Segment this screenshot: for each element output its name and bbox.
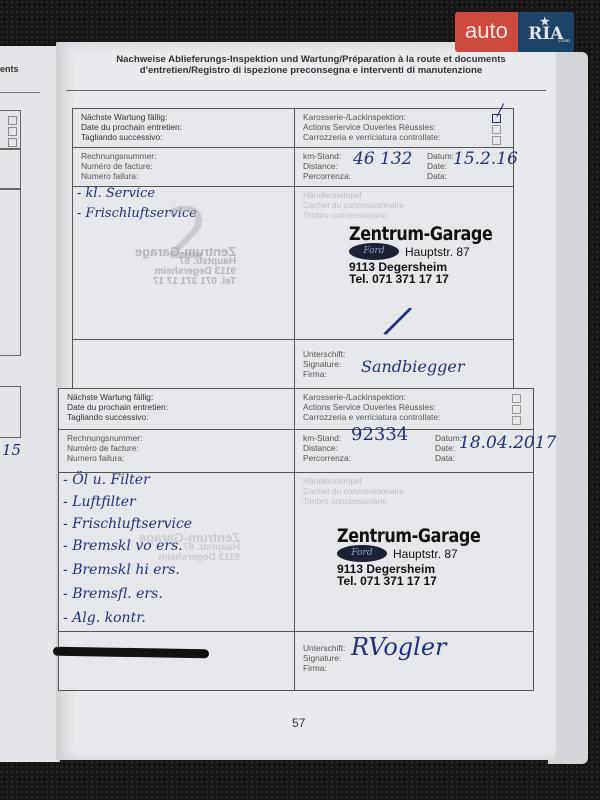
divider (0, 92, 40, 93)
work-item: - Luftfilter (63, 497, 136, 507)
checkbox (8, 127, 17, 136)
service-entry-1: Nächste Wartung fällig: Date du prochain… (72, 108, 514, 391)
mileage-value: 46 132 (353, 154, 412, 164)
work-item: - Bremsfl. ers. (63, 589, 163, 599)
left-page-box (0, 188, 21, 356)
signature-cell: Unterschift: Signature: Firma: RVogler (295, 632, 533, 690)
service-record-page: Nachweise Ablieferungs-Inspektion und Wa… (56, 42, 556, 760)
mirrored-stamp-imprint: Zentrum-Garage Hauptstr. 87 9113 Degersh… (135, 247, 236, 287)
dealer-stamp: Zentrum-Garage FordHauptstr. 87 9113 Deg… (337, 531, 480, 586)
redaction-scribble (53, 647, 209, 659)
body-inspection-labels: Karosserie-/Lackinspektion: Actions Serv… (295, 389, 533, 429)
next-service-labels: Nächste Wartung fällig: Date du prochain… (73, 109, 295, 147)
invoice-labels: Rechnungsnummer: Numéro de facture: Nume… (73, 148, 295, 186)
page-number: 57 (292, 716, 305, 730)
empty-cell (73, 340, 295, 390)
left-page-box (0, 386, 21, 438)
handwritten-fragment: 15 (2, 441, 21, 459)
mileage-date-cell: km-Stand: Distance: Percorrenza: Datum: … (295, 148, 513, 186)
body-inspection-labels: Karosserie-/Lackinspektion: Actions Serv… (295, 109, 513, 147)
redacted-cell (59, 632, 295, 690)
work-item: - Öl u. Filter (63, 475, 150, 485)
work-item: - kl. Service (77, 189, 155, 199)
checkbox (512, 416, 521, 425)
next-service-labels: Nächste Wartung fällig: Date du prochain… (59, 389, 295, 429)
signature: RVogler (351, 642, 447, 652)
ghost-digit: 2 (165, 229, 210, 239)
left-page: ents 15 (0, 46, 60, 762)
dealer-stamp-cell: Händlerstempel Cachet du concessionnaire… (295, 473, 533, 631)
checkbox (492, 125, 501, 134)
autoria-watermark-logo: auto ★ RIA .com (455, 12, 574, 52)
checkbox (512, 394, 521, 403)
mileage-date-cell: km-Stand: Distance: Percorrenza: Datum: … (295, 430, 533, 472)
signature-cell: Unterschift: Signature: Firma: Sandbiegg… (295, 340, 513, 390)
checkbox (8, 138, 17, 147)
work-item: - Frischluftservice (63, 519, 192, 529)
logo-ria-text: ★ RIA .com (518, 12, 574, 52)
left-page-box (0, 148, 21, 190)
service-entry-2: Nächste Wartung fällig: Date du prochain… (58, 388, 534, 691)
ford-logo-icon: Ford (349, 243, 399, 260)
checkbox (512, 405, 521, 414)
mileage-value: 92334 (351, 430, 408, 440)
signature: Sandbiegger (361, 362, 464, 372)
checkmark-icon: / (498, 105, 503, 115)
left-page-title-fragment: ents (0, 64, 19, 74)
page-header: Nachweise Ablieferungs-Inspektion und Wa… (86, 54, 536, 76)
invoice-labels: Rechnungsnummer: Numéro de facture: Nume… (59, 430, 295, 472)
work-item: - Bremskl hi ers. (63, 565, 180, 575)
work-item: - Alg. kontr. (63, 613, 146, 623)
logo-auto-text: auto (455, 12, 518, 52)
work-items-cell: - kl. Service - Frischluftservice 2 Zent… (73, 187, 295, 339)
checkbox (8, 116, 17, 125)
ford-logo-icon: Ford (337, 545, 387, 562)
dealer-stamp: Zentrum-Garage FordHauptstr. 87 9113 Deg… (349, 229, 492, 284)
date-value: 15.2.16 (453, 154, 518, 164)
work-item: - Bremskl vo ers. (63, 541, 183, 551)
checkbox (492, 136, 501, 145)
star-icon: ★ (540, 0, 550, 44)
work-items-cell: Zentrum-Garage Hauptstr. 87 9113 Degersh… (59, 473, 295, 631)
date-value: 18.04.2017 (459, 438, 556, 448)
divider (66, 90, 546, 91)
